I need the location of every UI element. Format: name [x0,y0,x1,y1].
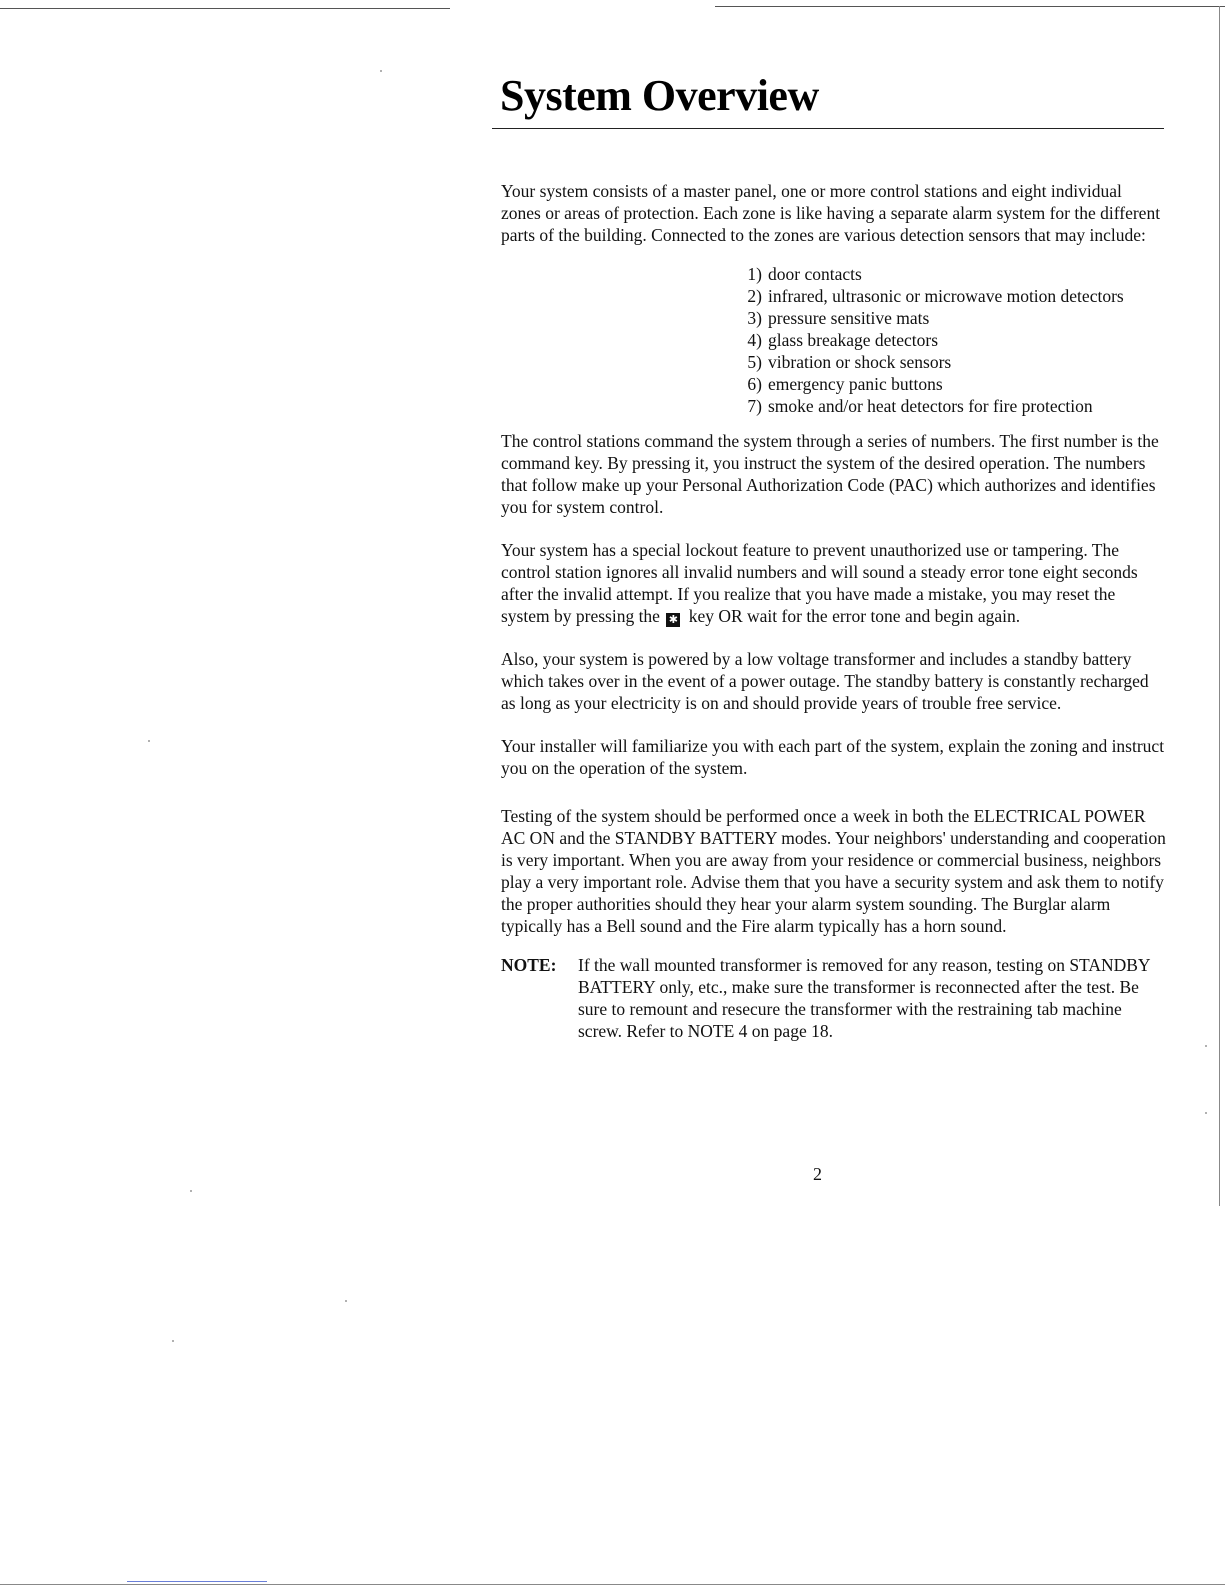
list-label: infrared, ultrasonic or microwave motion… [768,285,1124,307]
list-number: 4) [734,329,768,351]
list-item: 2)infrared, ultrasonic or microwave moti… [734,285,1166,307]
list-number: 7) [734,395,768,417]
list-label: door contacts [768,263,862,285]
page-title: System Overview [500,70,819,121]
intro-paragraph: Your system consists of a master panel, … [501,180,1166,246]
list-number: 3) [734,307,768,329]
note-text: If the wall mounted transformer is remov… [578,954,1166,1042]
list-item: 1)door contacts [734,263,1166,285]
control-stations-paragraph: The control stations command the system … [501,430,1166,518]
list-item: 5)vibration or shock sensors [734,351,1166,373]
scan-edge-top-left [0,8,450,9]
scan-speck [345,1300,347,1302]
list-number: 6) [734,373,768,395]
scan-edge-right [1219,6,1220,1206]
list-label: glass breakage detectors [768,329,938,351]
list-item: 3)pressure sensitive mats [734,307,1166,329]
scan-speck [1205,1045,1207,1047]
sensor-list: 1)door contacts 2)infrared, ultrasonic o… [734,263,1166,417]
list-label: emergency panic buttons [768,373,943,395]
list-item: 6)emergency panic buttons [734,373,1166,395]
list-item: 4)glass breakage detectors [734,329,1166,351]
title-divider [492,128,1164,129]
scan-speck [1205,1112,1207,1114]
lockout-text-after: key OR wait for the error tone and begin… [689,606,1020,626]
star-key-icon: ✱ [666,613,680,627]
scan-speck [172,1340,174,1342]
note-label: NOTE: [501,954,578,1042]
list-label: smoke and/or heat detectors for fire pro… [768,395,1093,417]
document-body: Your system consists of a master panel, … [501,180,1166,1042]
list-number: 5) [734,351,768,373]
installer-paragraph: Your installer will familiarize you with… [501,735,1166,779]
power-paragraph: Also, your system is powered by a low vo… [501,648,1166,714]
scan-edge-top-right [715,6,1225,7]
scan-speck [380,70,382,72]
list-number: 1) [734,263,768,285]
list-number: 2) [734,285,768,307]
testing-paragraph: Testing of the system should be performe… [501,805,1166,937]
lockout-paragraph: Your system has a special lockout featur… [501,539,1166,627]
note-block: NOTE: If the wall mounted transformer is… [501,954,1166,1042]
list-label: pressure sensitive mats [768,307,929,329]
scan-speck [190,1190,192,1192]
scan-speck [148,740,150,742]
list-item: 7)smoke and/or heat detectors for fire p… [734,395,1166,417]
list-label: vibration or shock sensors [768,351,951,373]
page-number: 2 [813,1164,822,1185]
scan-edge-bottom-mark [127,1581,267,1582]
